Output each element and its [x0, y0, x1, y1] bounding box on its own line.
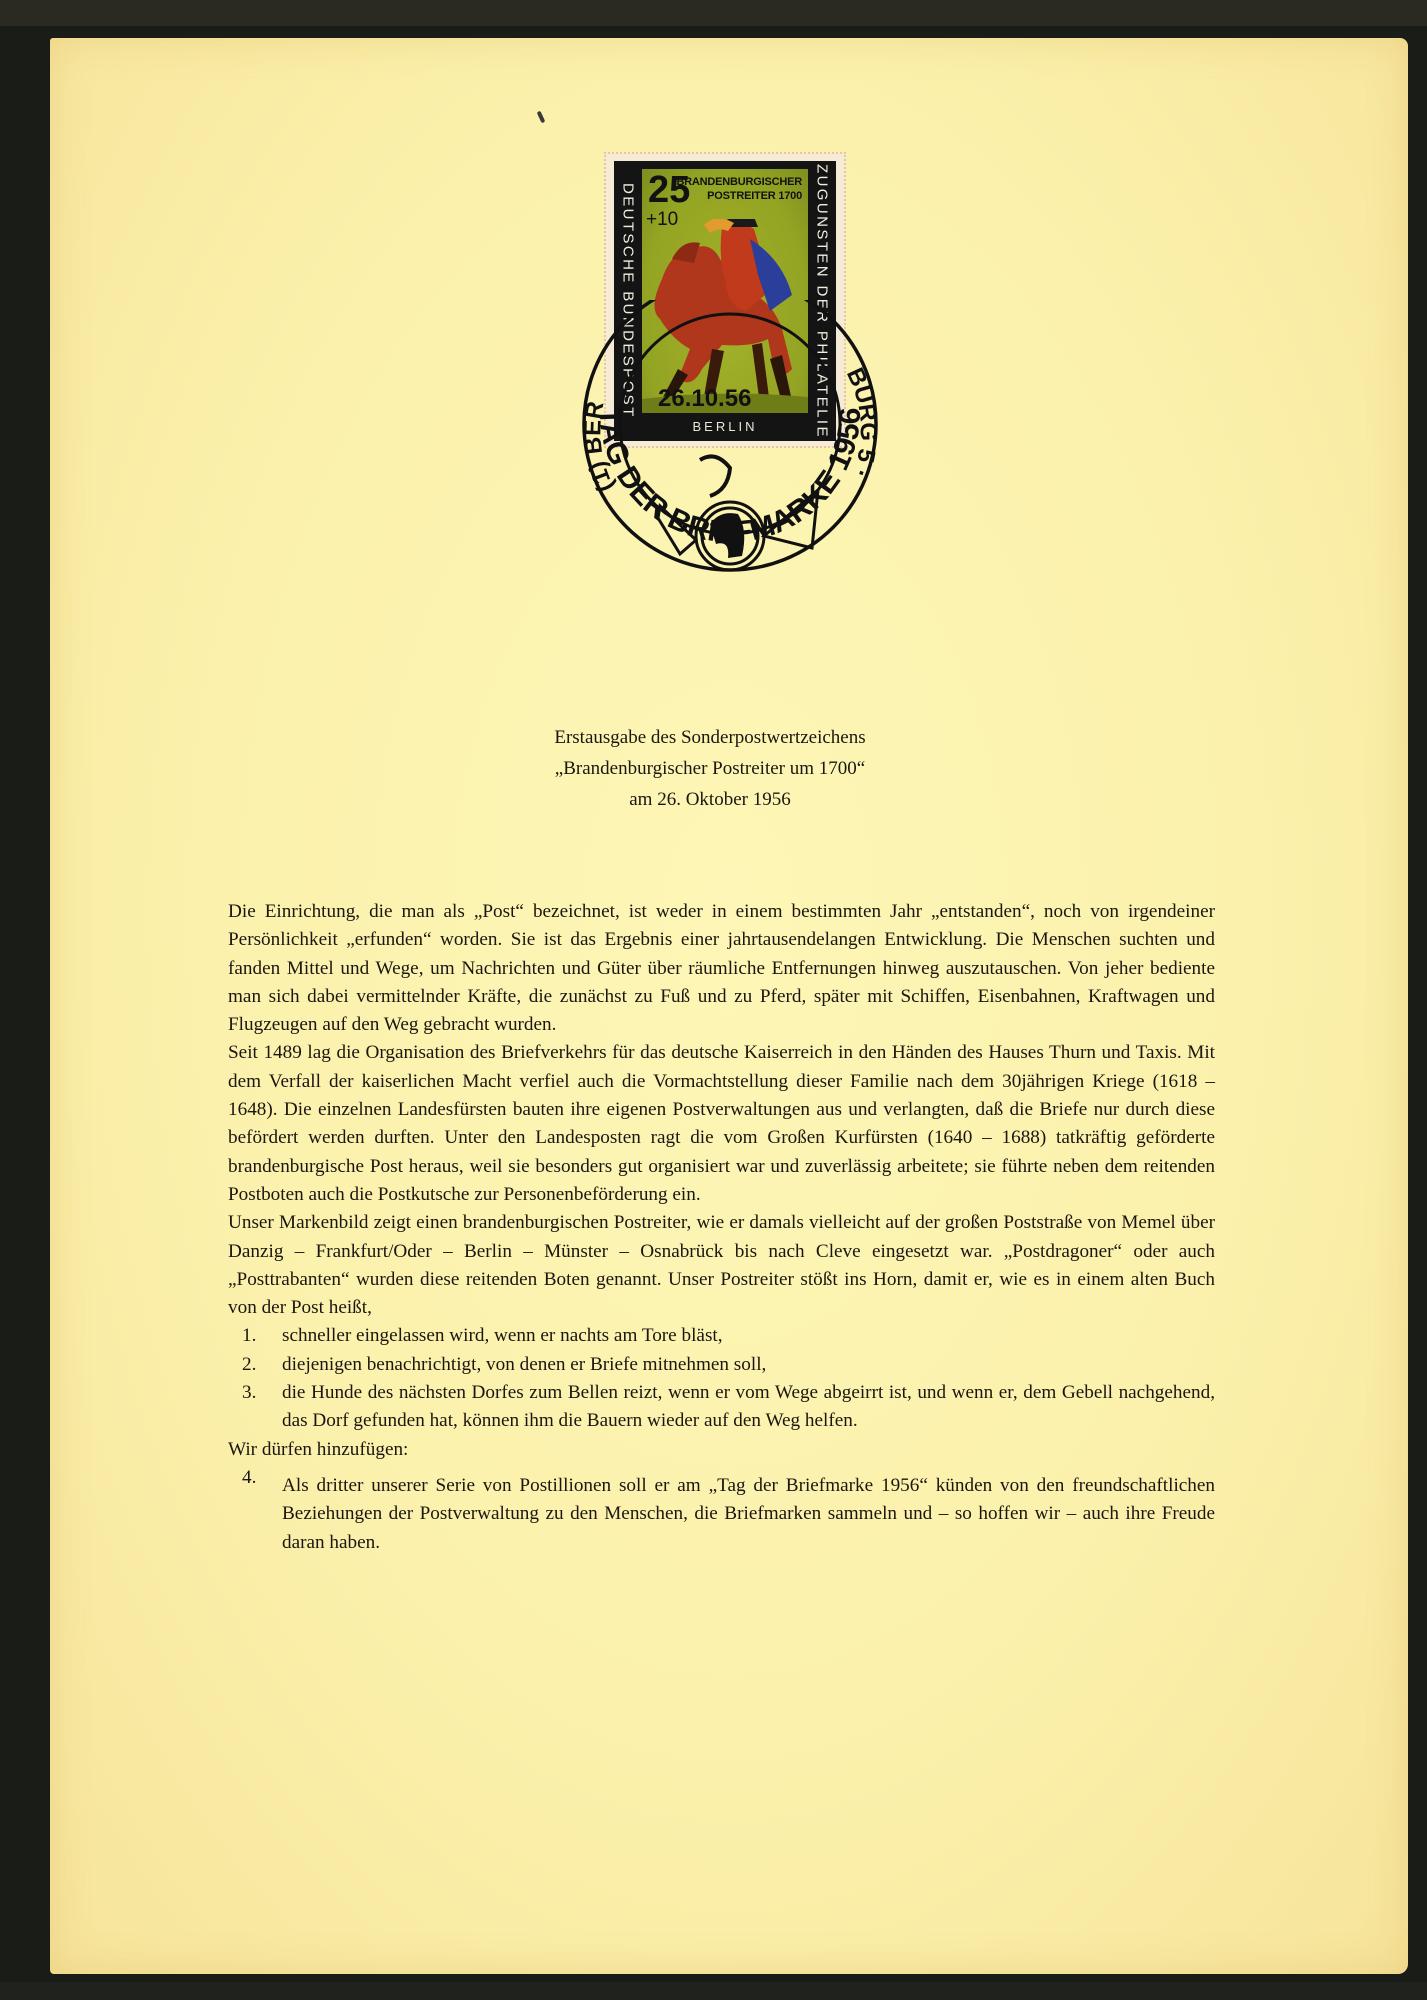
addition-list: 4.Als dritter unserer Serie von Postilli…	[228, 1464, 1215, 1557]
paragraph-history: Die Einrichtung, die man als „Post“ beze…	[228, 898, 1215, 1039]
paragraph-thurn-taxis: Seit 1489 lag die Organisation des Brief…	[228, 1039, 1215, 1209]
list-text: schneller eingelassen wird, wenn er nach…	[282, 1325, 723, 1346]
heading-line1: Erstausgabe des Sonderpostwertzeichens	[400, 722, 1020, 753]
list-item: 1.schneller eingelassen wird, wenn er na…	[242, 1322, 1215, 1350]
issue-heading: Erstausgabe des Sonderpostwertzeichens „…	[400, 722, 1020, 815]
list-number: 4.	[242, 1464, 256, 1492]
stamp-bottom-text: BERLIN	[642, 415, 808, 439]
postage-stamp: DEUTSCHE BUNDESPOST ZUGUNSTEN DER PHILAT…	[604, 152, 846, 448]
list-text: diejenigen benachrichtigt, von denen er …	[282, 1354, 766, 1375]
horse-rider-illustration	[642, 219, 808, 413]
stamp-frame: DEUTSCHE BUNDESPOST ZUGUNSTEN DER PHILAT…	[614, 161, 836, 441]
list-item: 3.die Hunde des nächsten Dorfes zum Bell…	[242, 1379, 1215, 1436]
list-item: 4.Als dritter unserer Serie von Postilli…	[242, 1464, 1215, 1557]
list-number: 1.	[242, 1322, 256, 1350]
heading-line3: am 26. Oktober 1956	[400, 784, 1020, 815]
paragraph-stamp-image: Unser Markenbild zeigt einen brandenburg…	[228, 1209, 1215, 1322]
stamp-left-text: DEUTSCHE BUNDESPOST	[614, 167, 642, 435]
reasons-list: 1.schneller eingelassen wird, wenn er na…	[228, 1322, 1215, 1435]
list-item: 2.diejenigen benachrichtigt, von denen e…	[242, 1351, 1215, 1379]
list-number: 3.	[242, 1379, 256, 1407]
scan-background-top	[0, 0, 1427, 26]
list-number: 2.	[242, 1351, 256, 1379]
body-text: Die Einrichtung, die man als „Post“ beze…	[228, 898, 1215, 1557]
stamp-title-line2: POSTREITER 1700	[676, 189, 802, 203]
stamp-title-line1: BRANDENBURGISCHER	[676, 175, 802, 189]
list-text: die Hunde des nächsten Dorfes zum Bellen…	[282, 1382, 1215, 1431]
stamp-title: BRANDENBURGISCHER POSTREITER 1700	[676, 175, 802, 203]
list-text: Als dritter unserer Serie von Postillion…	[282, 1475, 1215, 1553]
heading-line2: „Brandenburgischer Postreiter um 1700“	[400, 753, 1020, 784]
scan-background-bottom	[0, 1982, 1427, 2000]
stamp-right-text: ZUGUNSTEN DER PHILATELIE	[808, 167, 836, 435]
stamp-picture: 25 +10 BRANDENBURGISCHER POSTREITER 1700	[642, 169, 808, 413]
paragraph-addition: Wir dürfen hinzufügen:	[228, 1436, 1215, 1464]
paper-speck	[537, 111, 546, 124]
